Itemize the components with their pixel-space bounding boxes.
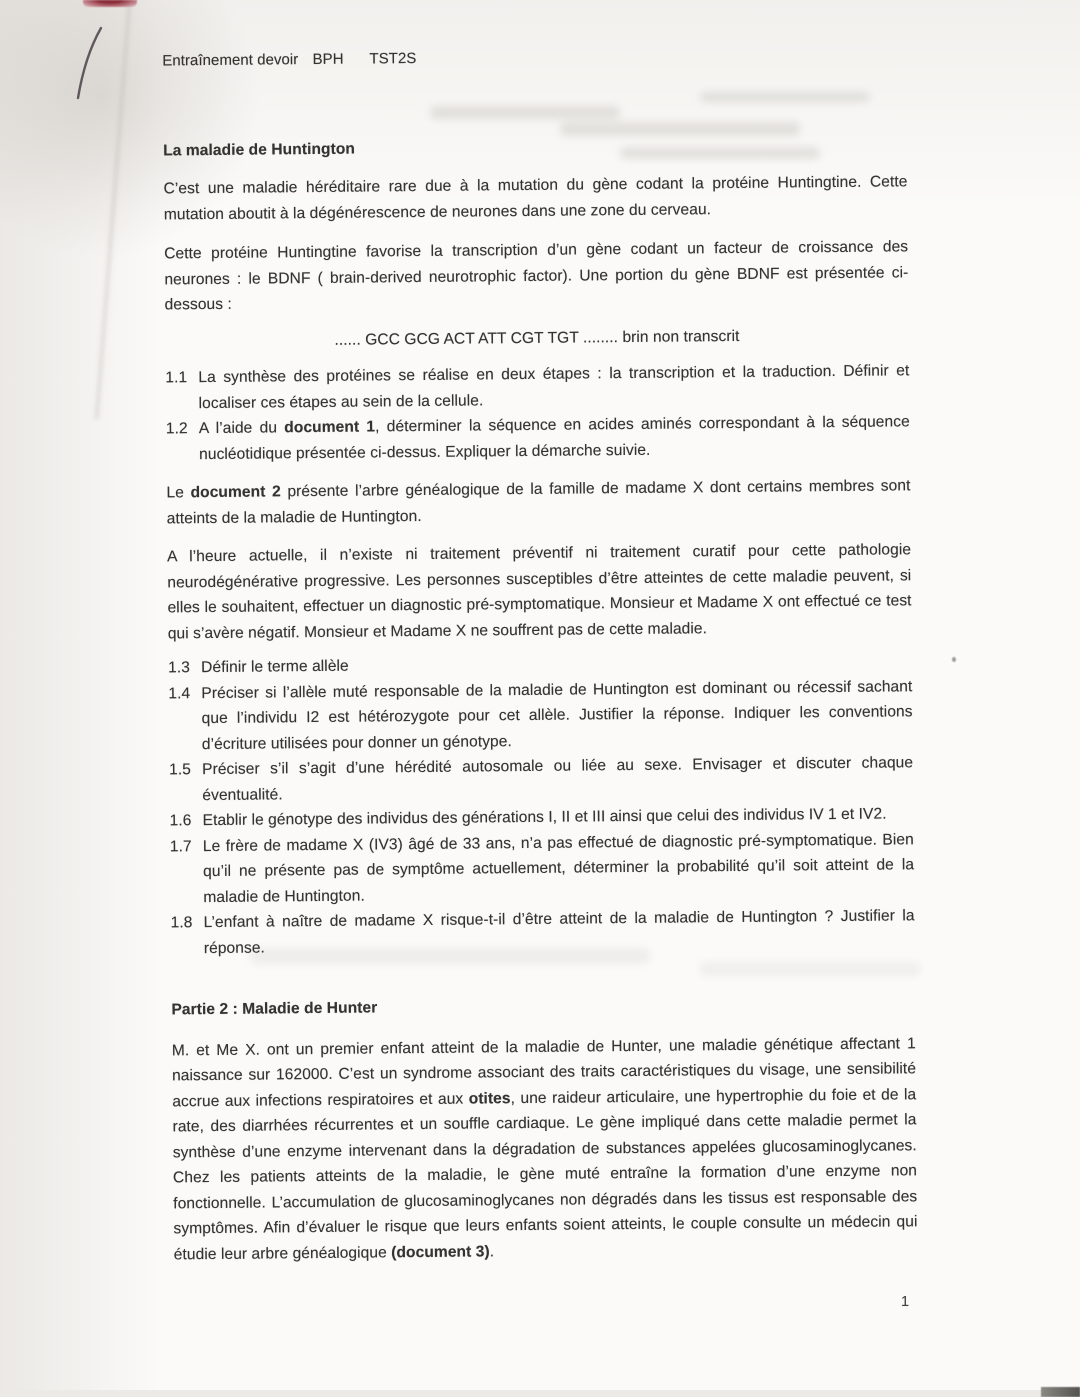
paragraph-hunter: M. et Me X. ont un premier enfant attein… [172, 1031, 918, 1268]
part1-title: La maladie de Huntington [163, 131, 907, 164]
header-class-code: TST2S [369, 50, 416, 67]
question-number: 1.4 [168, 681, 190, 707]
hunter-seg3: . [490, 1243, 495, 1260]
document-body: Entraînement devoir BPH TST2S La maladie… [162, 0, 918, 1267]
question-list-1: 1.1 La synthèse des protéines se réalise… [165, 358, 910, 467]
question-text: Etablir le génotype des individus des gé… [203, 806, 887, 830]
paragraph-intro: C’est une maladie héréditaire rare due à… [163, 169, 907, 227]
document-2-reference: document 2 [190, 483, 280, 501]
document-1-reference: document 1 [284, 418, 375, 436]
question-text: La synthèse des protéines se réalise en … [198, 362, 909, 411]
bottom-edge-shadow [0, 1390, 1080, 1397]
document-header: Entraînement devoir BPH TST2S [162, 41, 906, 74]
bottom-right-corner-mark [1041, 1387, 1080, 1397]
otites-bold: otites [469, 1090, 511, 1107]
part2-title: Partie 2 : Maladie de Hunter [171, 990, 915, 1023]
question-text: L’enfant à naître de madame X risque-t-i… [203, 907, 914, 956]
question-number: 1.8 [170, 910, 192, 936]
question-text: Préciser s’il s’agit d’une hérédité auto… [202, 754, 913, 803]
question-item-1-8: 1.8 L’enfant à naître de madame X risque… [170, 903, 914, 961]
hunter-seg2: , une raideur articulaire, une hypertrop… [172, 1086, 917, 1263]
question-text: A l’aide du document 1, déterminer la sé… [199, 413, 910, 462]
page-number: 1 [901, 1294, 909, 1310]
dust-speck [952, 657, 956, 662]
question-list-2: 1.3 Définir le terme allèle 1.4 Préciser… [168, 648, 915, 961]
pen-stroke-mark [68, 24, 112, 104]
question-item-1-1: 1.1 La synthèse des protéines se réalise… [165, 358, 909, 416]
question-item-1-7: 1.7 Le frère de madame X (IV3) âgé de 33… [170, 827, 915, 911]
paragraph-treatment: A l’heure actuelle, il n’existe ni trait… [167, 537, 912, 646]
question-number: 1.5 [169, 757, 191, 783]
scanned-page: Entraînement devoir BPH TST2S La maladie… [0, 0, 1080, 1397]
dna-sequence-line: ...... GCC GCG ACT ATT CGT TGT ........ … [165, 322, 909, 355]
doc2-pre: Le [166, 484, 190, 501]
question-number: 1.1 [165, 365, 187, 391]
question-item-1-4: 1.4 Préciser si l’allèle muté responsabl… [168, 674, 913, 758]
paragraph-bdnf: Cette protéine Huntingtine favorise la t… [164, 234, 909, 318]
question-text: Définir le terme allèle [201, 658, 349, 676]
header-course-label: Entraînement devoir [162, 51, 298, 69]
question-number: 1.7 [170, 834, 192, 860]
paragraph-document2: Le document 2 présente l’arbre généalogi… [166, 473, 910, 531]
question-item-1-5: 1.5 Préciser s’il s’agit d’une hérédité … [169, 750, 913, 808]
question-item-1-2: 1.2 A l’aide du document 1, déterminer l… [166, 409, 910, 467]
question-text: Le frère de madame X (IV3) âgé de 33 ans… [203, 831, 914, 906]
left-edge-shadow [0, 0, 160, 1397]
question-text: Préciser si l’allèle muté responsable de… [201, 678, 912, 753]
header-subject-code: BPH [312, 51, 343, 68]
red-ink-mark [83, 0, 137, 7]
question-number: 1.6 [169, 808, 191, 834]
document-3-reference: (document 3) [391, 1243, 490, 1261]
question-number: 1.2 [166, 416, 188, 442]
question-number: 1.3 [168, 655, 190, 681]
question-text-pre: A l’aide du [199, 419, 285, 437]
